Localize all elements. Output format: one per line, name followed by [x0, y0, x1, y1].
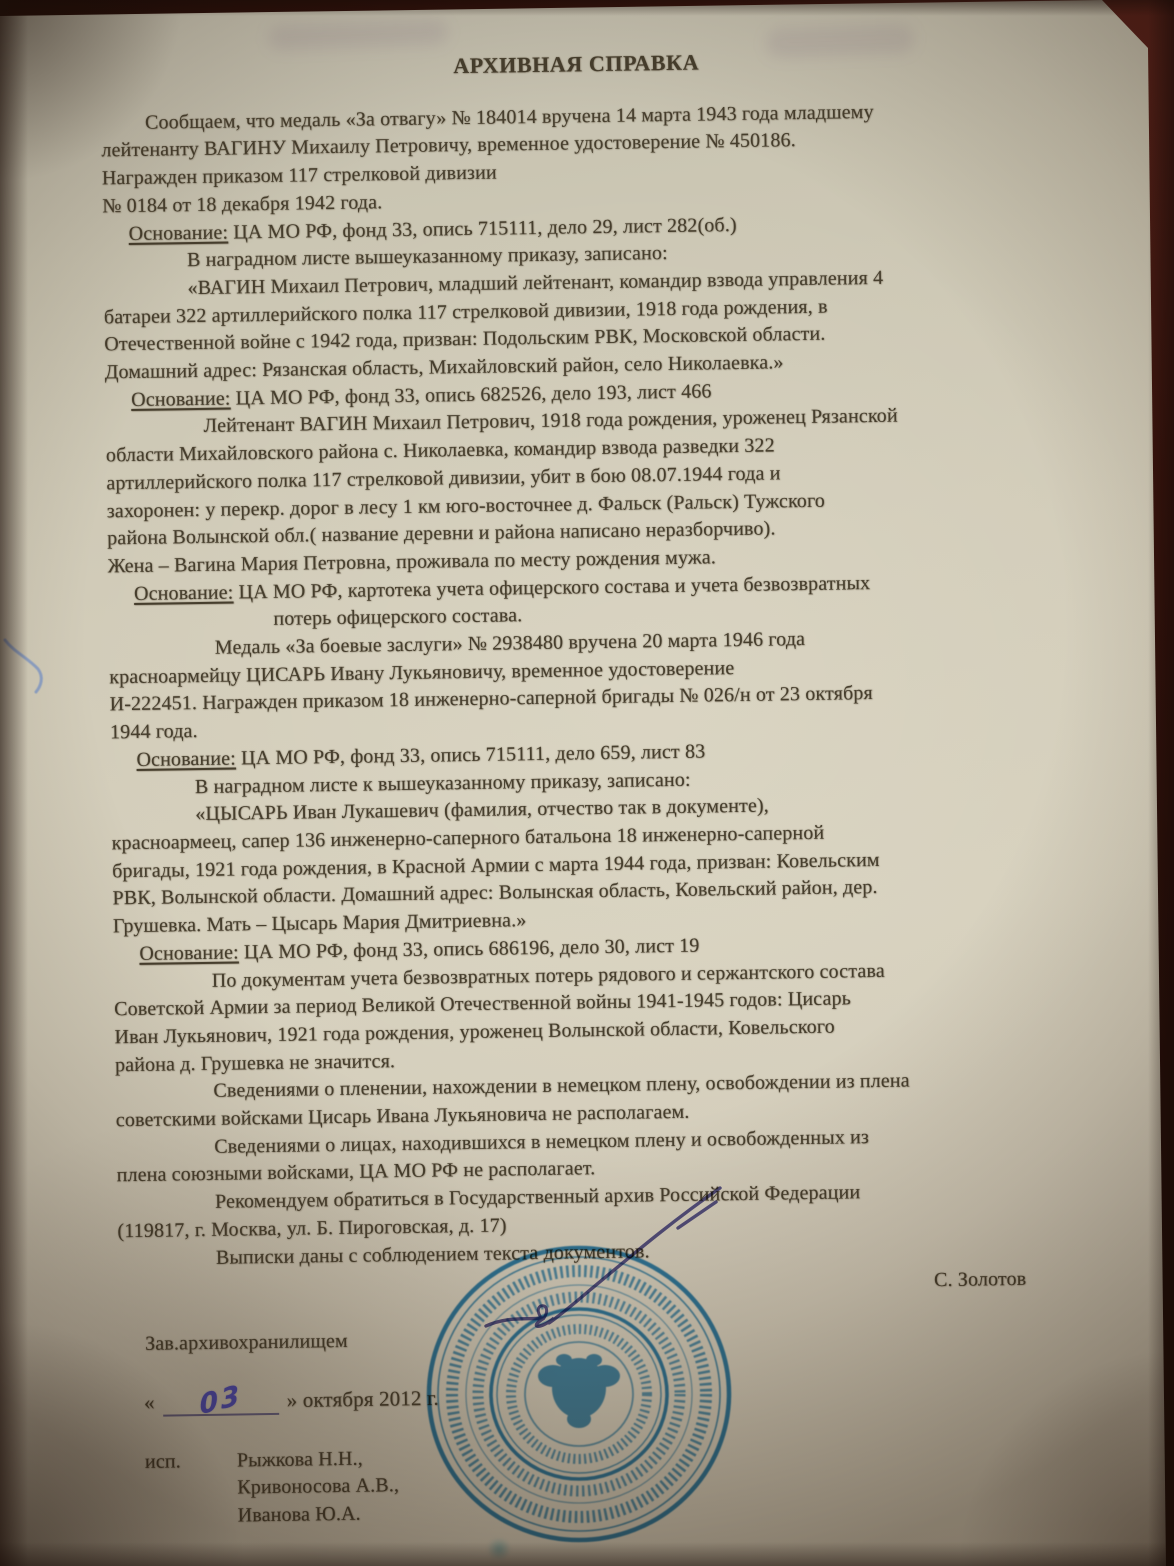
- basis-text: ЦА МО РФ, фонд 33, опись 715111, дело 29…: [228, 214, 737, 244]
- photo-frame: АРХИВНАЯ СПРАВКА Сообщаем, что медаль «З…: [0, 0, 1174, 1566]
- handwritten-day: 03: [199, 1381, 243, 1419]
- document-title: АРХИВНАЯ СПРАВКА: [100, 43, 1052, 85]
- basis-text: ЦА МО РФ, фонд 33, опись 686196, дело 30…: [239, 934, 700, 963]
- date-blank-line: 03: [162, 1383, 278, 1417]
- basis-label: Основание:: [131, 387, 231, 410]
- date-closing-quote: »: [286, 1388, 297, 1412]
- basis-text: ЦА МО РФ, фонд 33, опись 682526, дело 19…: [230, 380, 711, 409]
- stamp-coat-of-arms: [538, 1354, 620, 1428]
- basis-label: Основание:: [129, 221, 229, 244]
- executor-name: Рыжкова Н.Н.,: [237, 1445, 363, 1475]
- signature-scribble: [428, 1158, 768, 1348]
- basis-label: Основание:: [136, 747, 236, 770]
- basis-label: Основание:: [134, 581, 234, 604]
- executors-label: исп.: [145, 1447, 237, 1476]
- ink-bleed-smudge: [268, 19, 449, 51]
- pen-mark: [0, 636, 56, 706]
- basis-text: ЦА МО РФ, фонд 33, опись 715111, дело 65…: [236, 740, 706, 769]
- date-opening-quote: «: [144, 1390, 155, 1414]
- basis-label: Основание:: [139, 941, 239, 964]
